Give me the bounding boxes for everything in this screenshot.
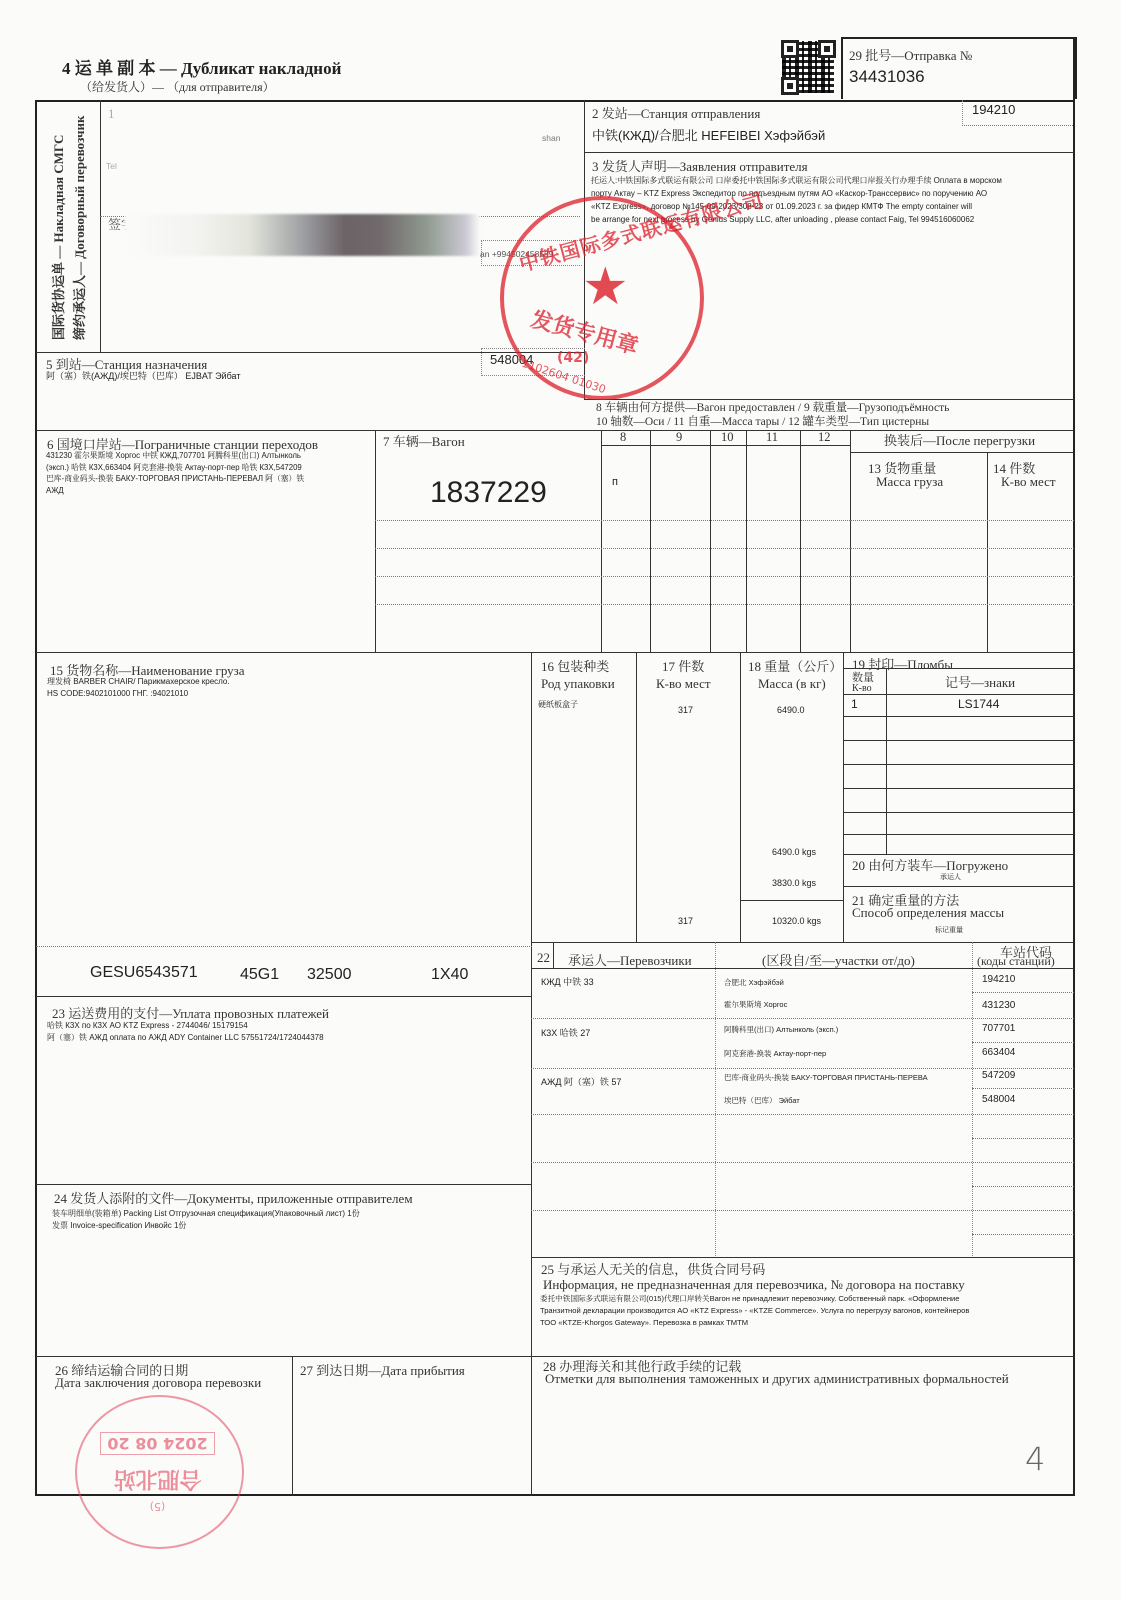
- stamp-star-icon: ★: [582, 262, 629, 314]
- field-24-label: 24 发货人添附的文件—Документы, приложенные отпра…: [54, 1188, 413, 1207]
- field-22-number: 22: [537, 950, 550, 966]
- container-qty: 1X40: [431, 966, 468, 984]
- field-1-fragment: shan: [542, 132, 560, 145]
- redacted-signature: [125, 214, 480, 256]
- station-1-1: 阿克套港-换装 Актау-порт-пер: [724, 1047, 826, 1060]
- package-count: 317: [678, 704, 693, 717]
- col-12-header: 12: [818, 430, 831, 445]
- attached-documents: 装车明细单(装箱单) Packing List Отгрузочная спец…: [52, 1208, 360, 1232]
- weight-method: 标记重量: [935, 924, 963, 937]
- field-16-label: 16 包装种类: [541, 656, 609, 675]
- field-17-label-ru: К-во мест: [656, 676, 711, 692]
- stamp-code: (42): [557, 350, 589, 366]
- field-25-label-ru: Информация, не предназначенная для перев…: [543, 1277, 965, 1293]
- qr-code-icon: [781, 40, 836, 95]
- field-18-label: 18 重量（公斤）: [748, 656, 842, 675]
- field-26-label-ru: Дата заключения договора перевозки: [55, 1375, 261, 1391]
- station-0-1: 霍尔果斯境 Хоргос: [724, 998, 787, 1011]
- document-title: 4 运 单 副 本 — Дубликат накладной: [62, 54, 341, 79]
- container-type: 45G1: [240, 966, 279, 984]
- code-2-1: 548004: [982, 1093, 1015, 1106]
- carrier-0: КЖД 中铁 33: [541, 976, 594, 989]
- side-label: 国际货协运单 — Накладная СМГС 缔约承运人— Договорны…: [48, 100, 88, 340]
- field-14-label-ru: К-во мест: [1001, 474, 1056, 490]
- field-29-box: 29 批号—Отправка № 34431036: [841, 37, 1077, 99]
- destination-station: 阿（塞）铁(АЖД)/埃巴特（巴库） EJBAT Эйбат: [46, 370, 240, 383]
- border-stations: 431230 霍尔果斯境 Хоргос 中铁 КЖД,707701 阿腾科里(出…: [46, 450, 304, 496]
- section-label: (区段自/至—участки от/до): [762, 950, 915, 969]
- field-17-label: 17 件数: [662, 656, 704, 675]
- total-packages: 317: [678, 915, 693, 928]
- date-stamp-content: (5) 合肥北站 2024 08 20: [75, 1395, 240, 1545]
- tare-weight: 3830.0 kgs: [772, 877, 816, 890]
- field-3-label: 3 发货人声明—Заявления отправителя: [592, 156, 808, 175]
- field-18-label-ru: Масса (в кг): [758, 676, 826, 692]
- field-29-label: 29 批号—Отправка №: [849, 45, 972, 64]
- field-2-label: 2 发站—Станция отправления: [592, 103, 760, 122]
- col-8-header: 8: [620, 430, 626, 445]
- seal-qty-label-ru: К-во: [852, 683, 872, 694]
- carrier-2: АЖД 阿（塞）铁 57: [541, 1076, 621, 1089]
- wagon-provided-by: п: [612, 476, 618, 488]
- packaging-type: 硬纸板盒子: [538, 698, 578, 711]
- station-code-label-ru: (коды станций): [977, 954, 1055, 969]
- field-13-label-ru: Масса груза: [876, 474, 943, 490]
- seal-mark: LS1744: [958, 697, 999, 711]
- cargo-weight: 6490.0: [777, 704, 805, 717]
- departure-station-code: 194210: [972, 102, 1015, 117]
- code-0-0: 194210: [982, 973, 1015, 986]
- page-mark: 4: [1025, 1440, 1045, 1478]
- payment-details: 哈铁 К3Х по К3Х АО KTZ Express - 2744046/ …: [47, 1020, 324, 1044]
- station-1-0: 阿腾科里(出口) Алтынколь (эксп.): [724, 1023, 838, 1036]
- net-weight: 6490.0 kgs: [772, 846, 816, 859]
- field-1-number: 1: [108, 106, 115, 122]
- code-1-0: 707701: [982, 1022, 1015, 1035]
- code-2-0: 547209: [982, 1069, 1015, 1082]
- carrier-1: К3Х 哈铁 27: [541, 1027, 590, 1040]
- field-20-label: 20 由何方装车—Погружено: [852, 855, 1008, 874]
- seal-mark-label: 记号—знаки: [945, 672, 1015, 691]
- container-number: GESU6543571: [90, 964, 198, 982]
- field-28-label-ru: Отметки для выполнения таможенных и друг…: [545, 1371, 1009, 1387]
- seal-qty: 1: [851, 697, 858, 711]
- station-0-0: 合肥北 Хэфэйбэй: [724, 976, 784, 989]
- col-10-header: 10: [721, 430, 734, 445]
- field-21-label-ru: Способ определения массы: [852, 905, 1004, 921]
- col-9-header: 9: [676, 430, 682, 445]
- loaded-by: 承运人: [940, 871, 961, 884]
- gross-weight: 10320.0 kgs: [772, 915, 821, 928]
- departure-station: 中铁(КЖД)/合肥北 HEFEIBEI Хэфэйбэй: [592, 125, 825, 144]
- shipment-number: 34431036: [849, 67, 925, 87]
- code-1-1: 663404: [982, 1046, 1015, 1059]
- field-7-label: 7 车辆—Вагон: [383, 431, 465, 450]
- station-2-1: 埃巴特（巴库） Эйбат: [724, 1094, 800, 1107]
- field-25-label: 25 与承运人无关的信息，供货合同号码: [541, 1259, 765, 1278]
- document-subtitle: （给发货人）— （для отправителя）: [80, 78, 275, 95]
- wagon-number: 1837229: [430, 476, 547, 510]
- col-11-header: 11: [766, 430, 778, 445]
- code-0-1: 431230: [982, 999, 1015, 1012]
- container-weight: 32500: [307, 966, 352, 984]
- station-2-0: 巴库-商业码头-换装 БАКУ-ТОРГОВАЯ ПРИСТАНЬ-ПЕРЕВА: [724, 1071, 928, 1084]
- non-carrier-info: 委托中铁国际多式联运有限公司(015)代理口岸转关Вагон не принад…: [540, 1293, 969, 1329]
- field-10-12-label: 10 轴数—Оси / 11 自重—Масса тары / 12 罐车类型—Т…: [596, 413, 929, 429]
- after-reloading-label: 换装后—После перегрузки: [884, 430, 1035, 449]
- field-1-tel: Tel: [106, 160, 117, 173]
- field-16-label-ru: Род упаковки: [541, 676, 615, 692]
- cargo-description: 理发椅 BARBER CHAIR/ Парикмахерское кресло.…: [47, 676, 230, 700]
- field-22-label: 承运人—Перевозчики: [568, 950, 692, 969]
- field-27-label: 27 到达日期—Дата прибытия: [300, 1360, 465, 1379]
